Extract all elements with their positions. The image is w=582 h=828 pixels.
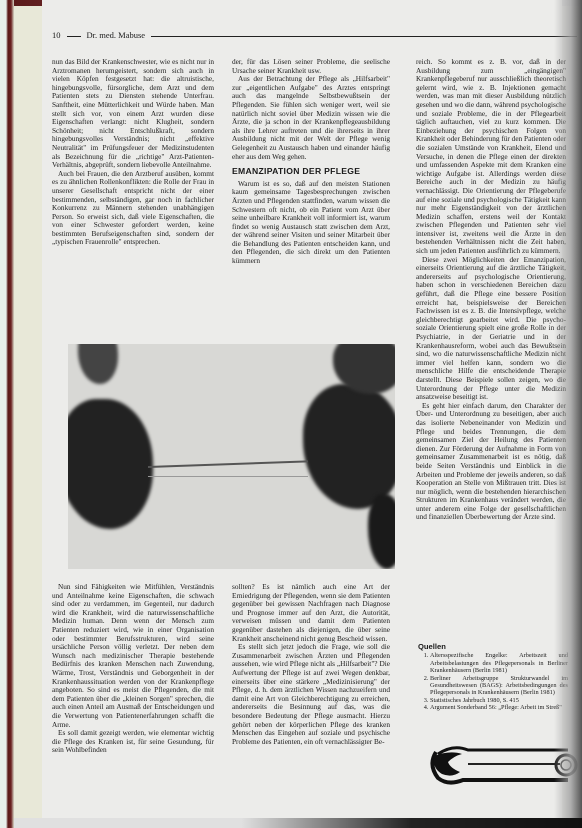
references-heading: Quellen (418, 643, 568, 650)
header-rule (151, 36, 577, 37)
thread (148, 460, 308, 468)
reference-item: Argument Sonderband 56: „Pflege: Arbeit … (430, 704, 568, 711)
paragraph: nun das Bild der Krankenschwester, wie e… (52, 58, 214, 170)
reference-item: Statistisches Jahrbuch 1980, S. 415 (430, 697, 568, 704)
paragraph: Es geht hier einfach darum, den Charakte… (416, 402, 566, 522)
paragraph: Diese zwei Möglichkeiten der Emanzipatio… (416, 256, 566, 402)
right-hand (303, 384, 395, 509)
paragraph: reich. So kommt es z. B. vor, daß in der… (416, 58, 566, 256)
references-box: Quellen Altersspezifische Engelke: Arbei… (418, 643, 568, 738)
paragraph: Warum ist es so, daß auf den meisten Sta… (232, 180, 390, 266)
column-1-lower: Nun sind Fähigkeiten wie Mitfühlen, Vers… (52, 583, 214, 813)
column-2-lower: sollten? Es ist nämlich auch eine Art de… (232, 583, 390, 813)
reference-item: Berliner Arbeitsgruppe Strukturwandel im… (430, 675, 568, 697)
right-wrist (368, 494, 395, 569)
section-heading: EMANZIPATION DER PFLEGE (232, 167, 390, 176)
left-margin (14, 0, 42, 828)
paragraph: Auch bei Frauen, die den Arztberuf ausüb… (52, 170, 214, 247)
left-hand (68, 399, 153, 529)
thread-highlight (148, 476, 308, 477)
paragraph: der, für das Lösen seiner Probleme, die … (232, 58, 390, 75)
left-hand-shadow (78, 344, 118, 384)
paragraph: sollten? Es ist nämlich auch eine Art de… (232, 583, 390, 643)
column-3: reich. So kommt es z. B. vor, daß in der… (416, 58, 566, 633)
reference-item: Altersspezifische Engelke: Arbeitszeit u… (430, 652, 568, 674)
running-header: 10 Dr. med. Mabuse (52, 26, 577, 40)
running-title: Dr. med. Mabuse (87, 30, 146, 40)
hands-thread-photo (68, 344, 395, 569)
page-curl-shadow (554, 0, 582, 828)
book-spine (0, 0, 14, 828)
header-dash (67, 36, 81, 37)
column-2-upper: der, für das Lösen seiner Probleme, die … (232, 58, 390, 343)
page-number: 10 (52, 30, 61, 40)
paragraph: Aus der Betrachtung der Pflege als „Hilf… (232, 75, 390, 161)
paragraph: Nun sind Fähigkeiten wie Mitfühlen, Vers… (52, 583, 214, 729)
paragraph: Es soll damit gezeigt werden, wie elemen… (52, 729, 214, 755)
paragraph: Es stellt sich jetzt jedoch die Frage, w… (232, 643, 390, 746)
column-1-upper: nun das Bild der Krankenschwester, wie e… (52, 58, 214, 343)
bottom-edge (14, 818, 582, 828)
